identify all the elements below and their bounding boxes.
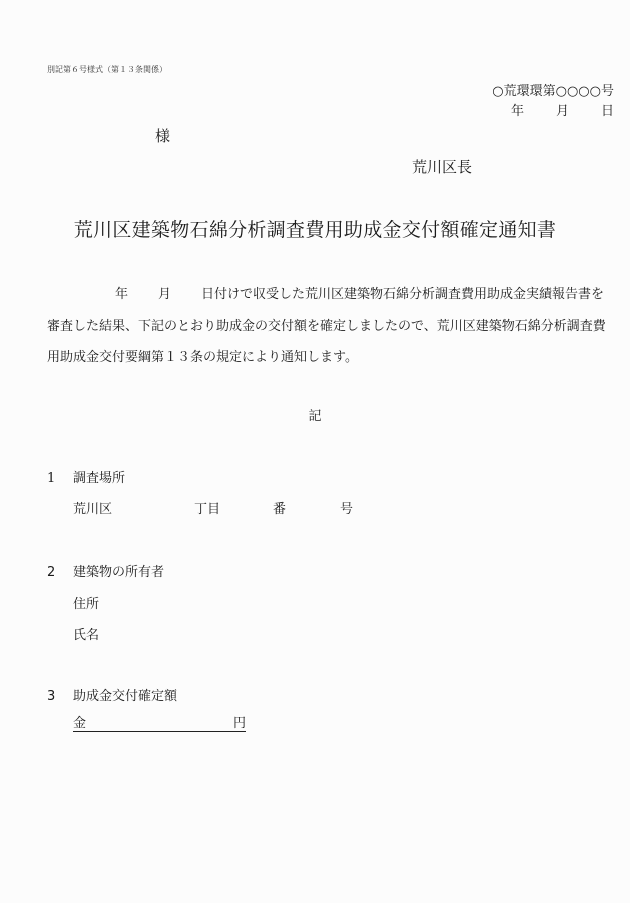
address-ward: 荒川区 — [73, 498, 194, 517]
body-line-1-text: 日付けで収受した荒川区建築物石綿分析調査費用助成金実績報告書を — [201, 287, 604, 302]
address-ban: 番 — [273, 498, 340, 517]
section-survey-location: 1調査場所 — [47, 467, 125, 486]
address-chome: 丁目 — [194, 498, 273, 517]
section-heading: 助成金交付確定額 — [73, 689, 177, 704]
addressee-honorific: 様 — [155, 125, 170, 146]
amount-field: 金 円 — [73, 716, 246, 732]
section-number: 3 — [47, 689, 73, 704]
section-number: 2 — [47, 565, 73, 580]
document-title: 荒川区建築物石綿分析調査費用助成金交付額確定通知書 — [0, 215, 630, 242]
amount-prefix: 金 — [73, 716, 86, 731]
owner-name-label: 氏名 — [73, 624, 99, 643]
date-year: 年 — [511, 100, 524, 119]
section-confirmed-amount: 3助成金交付確定額 — [47, 685, 177, 704]
body-year: 年 — [115, 287, 128, 302]
owner-address-label: 住所 — [73, 593, 99, 612]
survey-address: 荒川区丁目番号 — [73, 498, 353, 517]
amount-suffix: 円 — [233, 716, 246, 731]
body-paragraph: 年月日付けで収受した荒川区建築物石綿分析調査費用助成金実績報告書を 審査した結果… — [47, 279, 617, 374]
address-go: 号 — [340, 498, 353, 517]
section-heading: 建築物の所有者 — [73, 565, 164, 580]
section-building-owner: 2建築物の所有者 — [47, 561, 164, 580]
ki-heading: 記 — [0, 405, 630, 424]
form-label: 別記第６号様式（第１３条関係） — [47, 64, 167, 75]
date-day: 日 — [601, 100, 614, 119]
date-month: 月 — [556, 100, 569, 119]
body-line-3: 用助成金交付要綱第１３条の規定により通知します。 — [47, 342, 617, 374]
issue-date: 年 月 日 — [511, 100, 614, 119]
section-heading: 調査場所 — [73, 471, 125, 486]
section-number: 1 — [47, 471, 73, 486]
issuer: 荒川区長 — [412, 156, 472, 177]
body-line-2: 審査した結果、下記のとおり助成金の交付額を確定しましたので、荒川区建築物石綿分析… — [47, 311, 617, 343]
body-month: 月 — [158, 287, 171, 302]
body-line-1: 年月日付けで収受した荒川区建築物石綿分析調査費用助成金実績報告書を — [47, 279, 617, 311]
reference-number: ○荒環環第○○○○号 — [492, 80, 614, 99]
